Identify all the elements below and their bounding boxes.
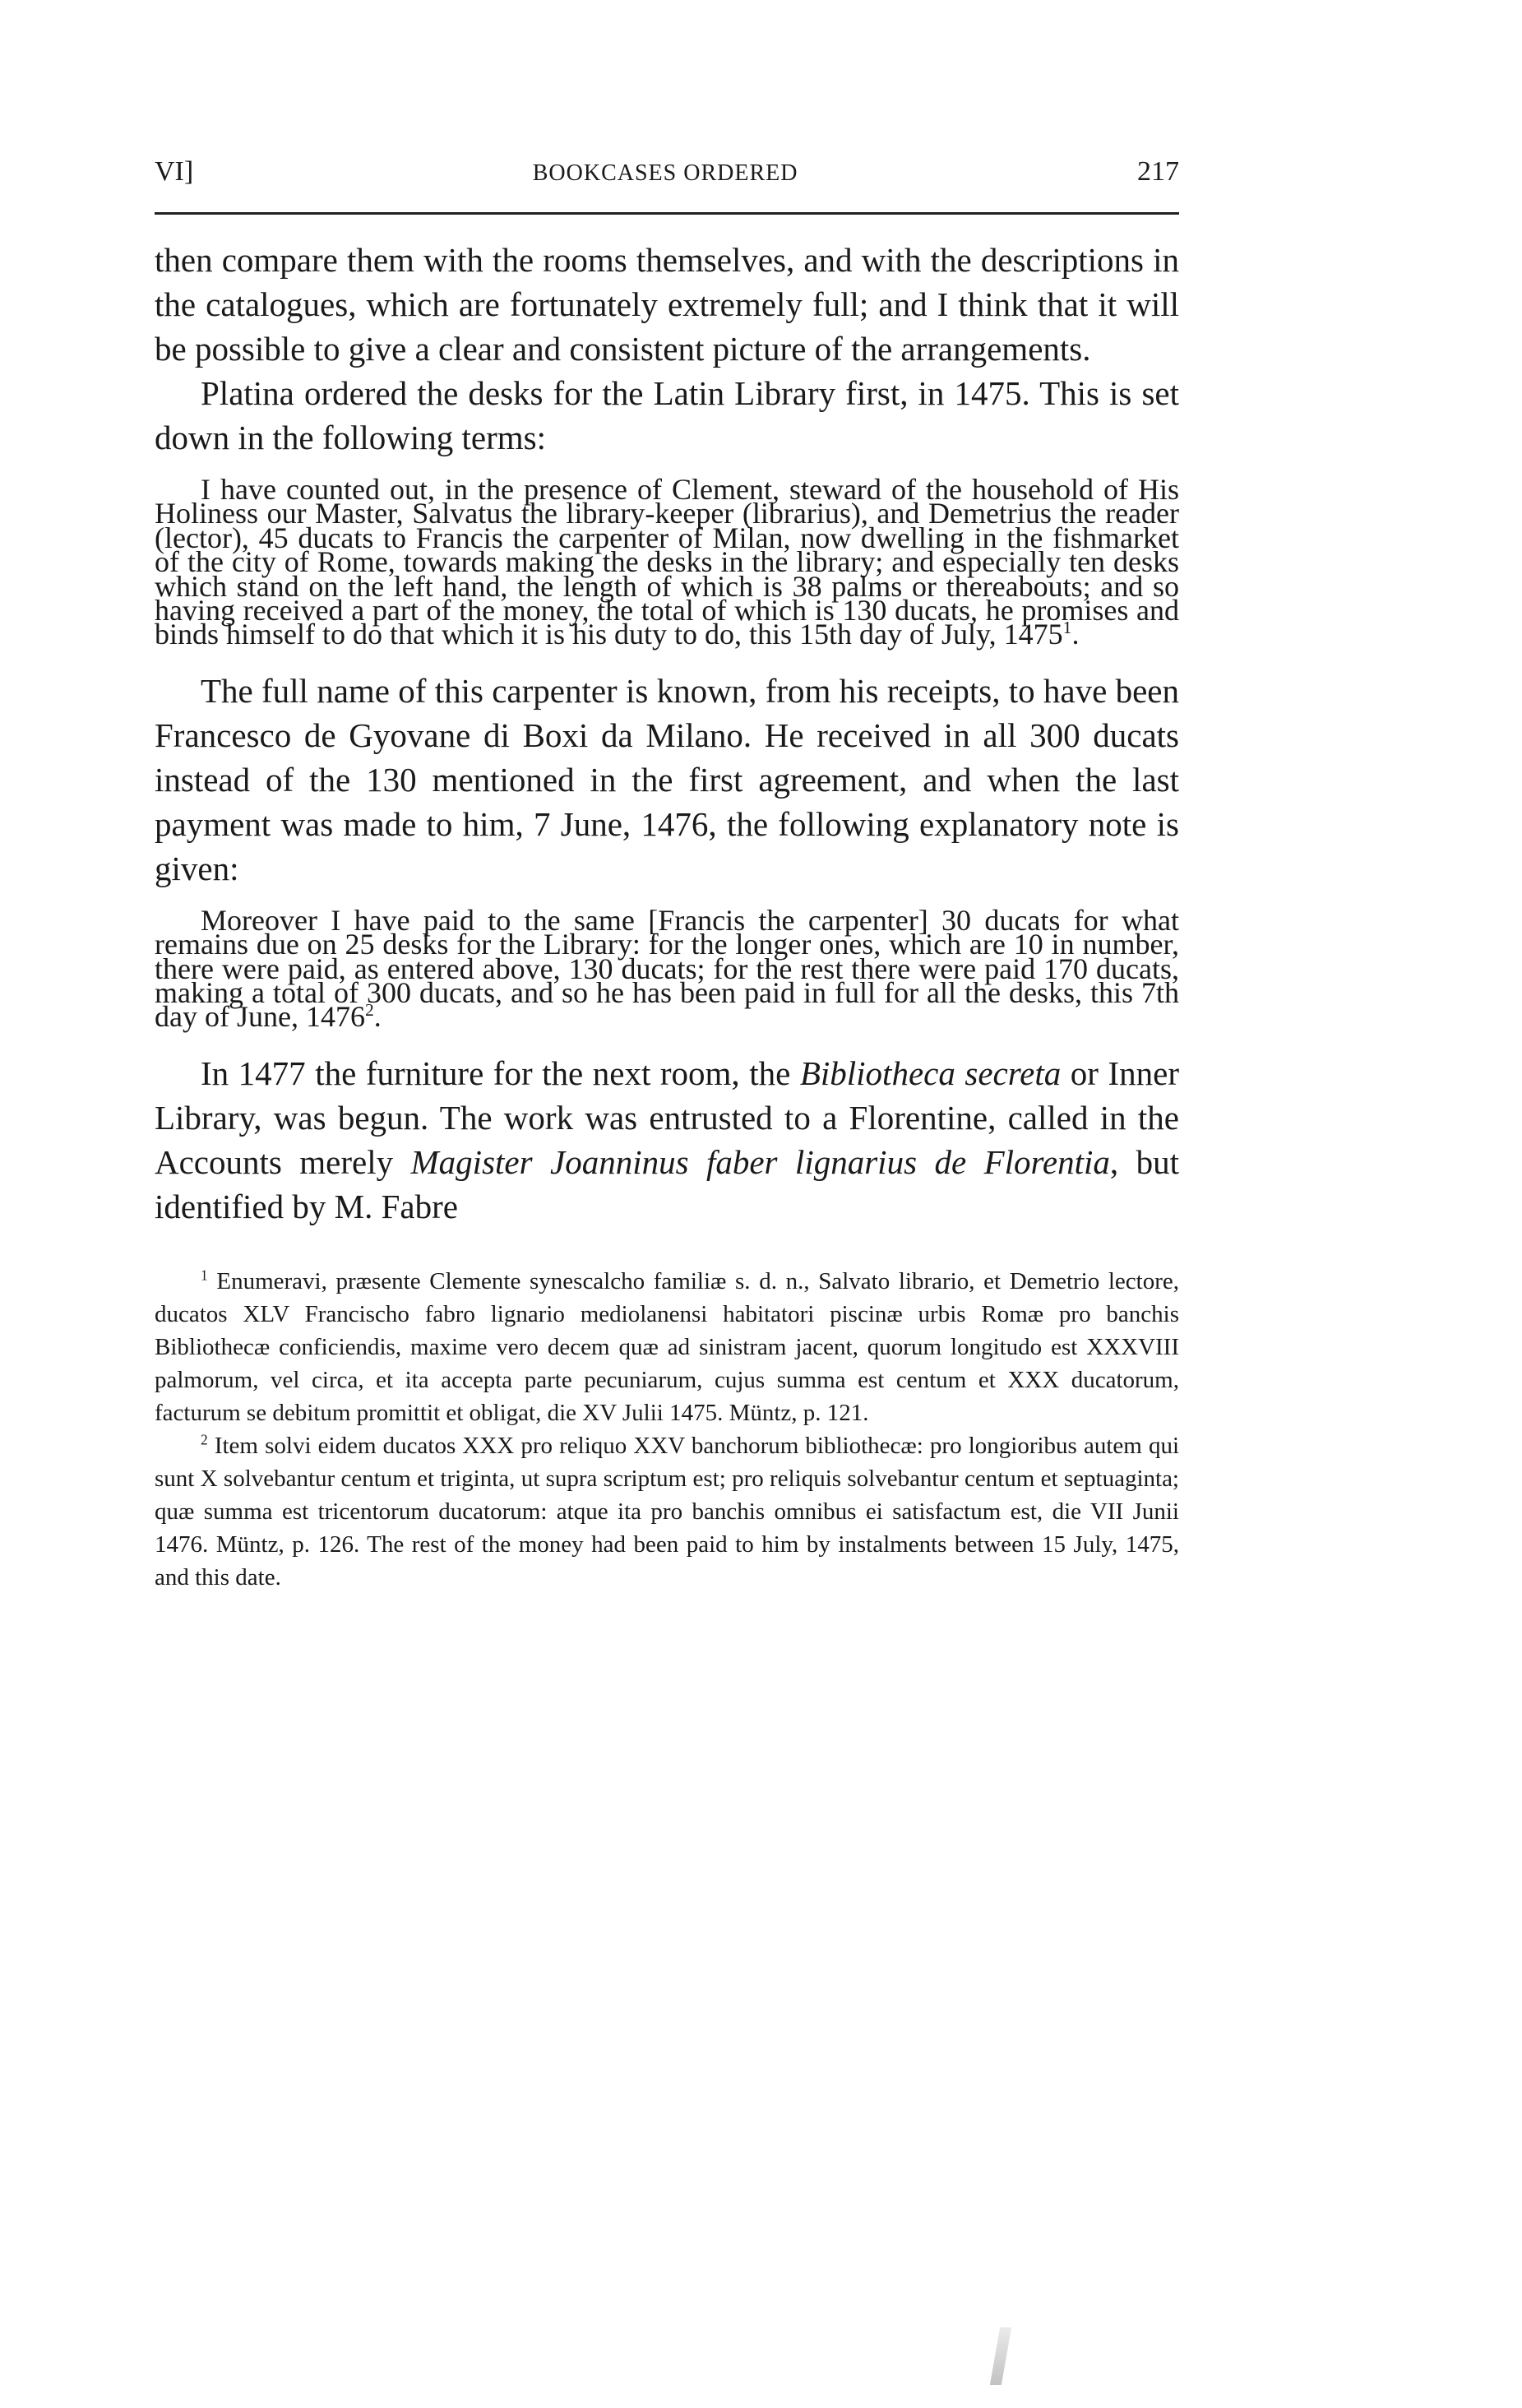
footnotes: 1 Enumeravi, præsente Clemente synescalc… — [155, 1265, 1179, 1594]
block-quote: I have counted out, in the presence of C… — [155, 478, 1179, 647]
italic-term: Magister Joanninus faber lignarius de Fl… — [411, 1143, 1110, 1181]
chapter-number: VI] — [155, 156, 193, 188]
footnote-ref[interactable]: 1 — [1063, 618, 1072, 637]
page-number: 217 — [1137, 156, 1179, 188]
paragraph: In 1477 the furniture for the next room,… — [155, 1051, 1179, 1229]
block-quote: Moreover I have paid to the same [Franci… — [155, 909, 1179, 1030]
footnote: 1 Enumeravi, præsente Clemente synescalc… — [155, 1265, 1179, 1429]
quote-text: I have counted out, in the presence of C… — [155, 473, 1179, 651]
main-text: then compare them with the rooms themsel… — [155, 238, 1179, 1229]
footnote: 2 Item solvi eidem ducatos XXX pro reliq… — [155, 1429, 1179, 1594]
footnote-ref[interactable]: 2 — [365, 1000, 374, 1020]
paragraph: Platina ordered the desks for the Latin … — [155, 371, 1179, 460]
running-title: BOOKCASES ORDERED — [533, 160, 798, 187]
running-header: VI] BOOKCASES ORDERED 217 — [155, 156, 1179, 192]
header-rule — [155, 212, 1179, 215]
paragraph: then compare them with the rooms themsel… — [155, 238, 1179, 371]
scan-artifact — [990, 2327, 1011, 2385]
quote-text: Moreover I have paid to the same [Franci… — [155, 904, 1179, 1034]
paragraph: The full name of this carpenter is known… — [155, 669, 1179, 891]
italic-term: Bibliotheca secreta — [800, 1054, 1061, 1092]
book-page: VI] BOOKCASES ORDERED 217 then compare t… — [155, 156, 1179, 1594]
